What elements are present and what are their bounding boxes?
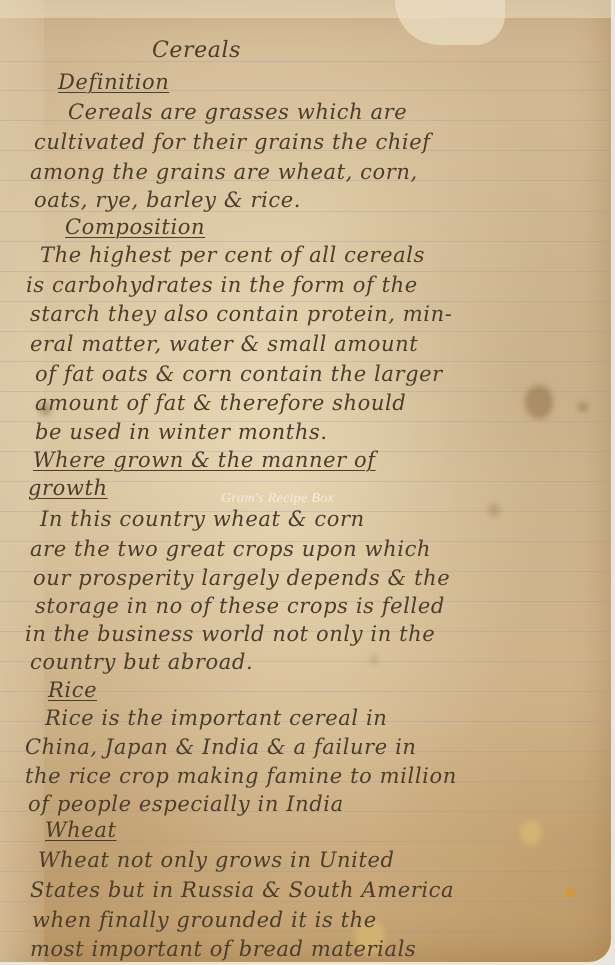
ruled-line — [0, 241, 611, 242]
text-line: of people especially in India — [28, 792, 344, 816]
text-line: Rice is the important cereal in — [45, 706, 387, 730]
text-line: eral matter, water & small amount — [30, 332, 418, 356]
section-heading-wheat: Wheat — [45, 818, 117, 842]
yellow-stain — [520, 820, 542, 846]
text-line: our prosperity largely depends & the — [33, 566, 450, 590]
section-heading-definition: Definition — [58, 70, 169, 94]
section-heading-where-grown-cont: growth — [28, 476, 108, 500]
section-heading-where-grown: Where grown & the manner of — [33, 448, 376, 472]
paper-top-band — [0, 0, 611, 18]
ruled-line — [0, 271, 611, 272]
text-line: among the grains are wheat, corn, — [30, 160, 418, 184]
ruled-line — [0, 61, 611, 62]
text-line: oats, rye, barley & rice. — [34, 188, 301, 212]
text-line: when finally grounded it is the — [32, 908, 377, 932]
text-line: of fat oats & corn contain the larger — [35, 362, 443, 386]
text-line: Wheat not only grows in United — [38, 848, 395, 872]
section-heading-rice: Rice — [48, 678, 97, 702]
text-line: most important of bread materials — [30, 937, 416, 961]
text-line: amount of fat & therefore should — [35, 391, 406, 415]
text-line: The highest per cent of all cereals — [40, 243, 425, 267]
text-line: the rice crop making famine to million — [25, 764, 457, 788]
orange-spot — [565, 888, 575, 898]
text-line: be used in winter months. — [35, 420, 328, 444]
text-line: are the two great crops upon which — [30, 537, 431, 561]
text-line: cultivated for their grains the chief — [34, 130, 431, 154]
text-line: in the business world not only in the — [25, 622, 435, 646]
text-line: China, Japan & India & a failure in — [25, 735, 417, 759]
text-line: storage in no of these crops is felled — [35, 594, 445, 618]
recipe-card-page: Cereals Definition Cereals are grasses w… — [0, 0, 611, 962]
text-line: country but abroad. — [30, 650, 253, 674]
ink-stain — [370, 655, 378, 665]
text-line: is carbohydrates in the form of the — [26, 273, 418, 297]
ink-stain — [525, 385, 553, 419]
text-line: States but in Russia & South America — [30, 878, 454, 902]
ink-stain — [578, 402, 588, 412]
watermark: Gram's Recipe Box — [221, 491, 334, 507]
text-line: starch they also contain protein, min- — [30, 302, 452, 326]
ink-stain — [488, 503, 500, 517]
text-line: In this country wheat & corn — [40, 507, 365, 531]
section-heading-composition: Composition — [65, 215, 205, 239]
text-line: Cereals are grasses which are — [68, 100, 407, 124]
page-title: Cereals — [152, 38, 241, 63]
torn-paper-area — [395, 0, 505, 45]
